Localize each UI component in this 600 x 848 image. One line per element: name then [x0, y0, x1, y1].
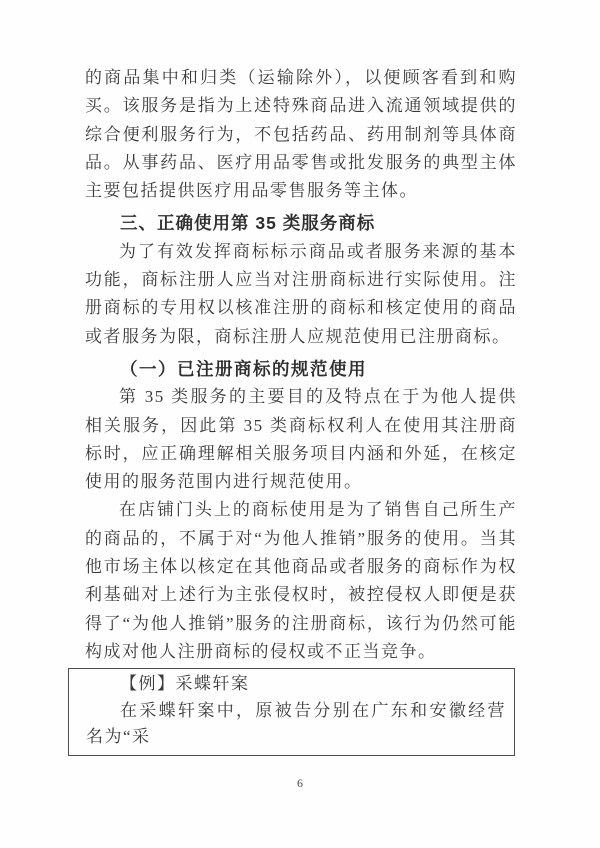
body-paragraph: 第 35 类服务的主要目的及特点在于为他人提供相关服务，因此第 35 类商标权利…: [85, 383, 517, 496]
subsection-heading: （一）已注册商标的规范使用: [85, 355, 517, 383]
body-paragraph: 为了有效发挥商标标示商品或者服务来源的基本功能，商标注册人应当对注册商标进行实际…: [85, 238, 517, 351]
body-paragraph-continuation: 的商品集中和归类（运输除外），以便顾客看到和购买。该服务是指为上述特殊商品进入流…: [85, 64, 517, 205]
page-number: 6: [0, 776, 600, 791]
document-page: 的商品集中和归类（运输除外），以便顾客看到和购买。该服务是指为上述特殊商品进入流…: [0, 0, 600, 848]
example-box-body: 在采蝶轩案中，原被告分别在广东和安徽经营名为“采: [86, 698, 506, 751]
example-box: 【例】采蝶轩案 在采蝶轩案中，原被告分别在广东和安徽经营名为“采: [68, 668, 515, 756]
body-paragraph: 在店铺门头上的商标使用是为了销售自己所生产的商品的，不属于对“为他人推销”服务的…: [85, 496, 517, 666]
example-box-title: 【例】采蝶轩案: [86, 671, 506, 698]
section-heading: 三、正确使用第 35 类服务商标: [85, 209, 517, 237]
page-content: 的商品集中和归类（运输除外），以便顾客看到和购买。该服务是指为上述特殊商品进入流…: [85, 64, 517, 756]
